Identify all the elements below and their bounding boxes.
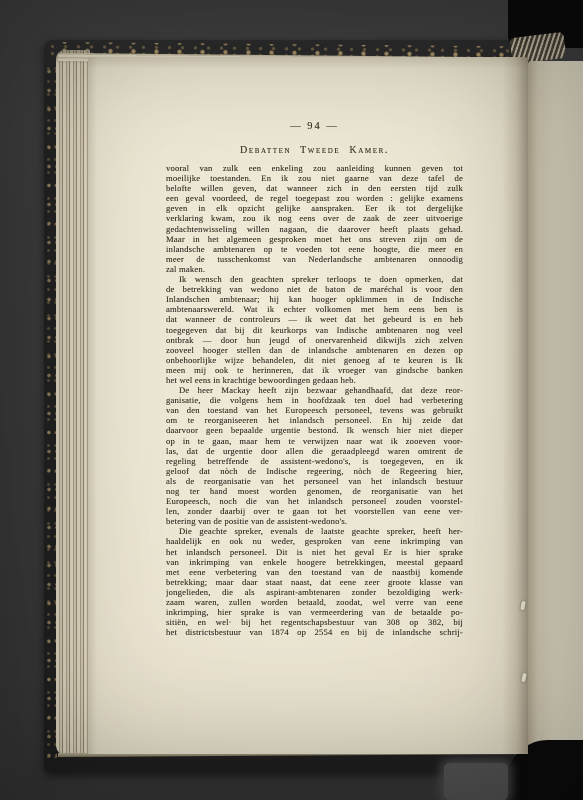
text-line: een geval voordeed, de regel toegepast z… [166, 193, 463, 203]
text-line: geloof dat nòch de Indische regeering, n… [166, 466, 463, 476]
text-line: nog ter hand moest worden genomen, de re… [166, 486, 463, 496]
text-line: ontbrak — door hun jeugd of onervarenhei… [166, 335, 463, 345]
text-line: de betrekking van wedono niet de baton d… [166, 284, 463, 294]
running-header: Debatten Tweede Kamer. [166, 145, 463, 156]
text-line: gedachtenwisseling willen nagaan, die da… [166, 224, 463, 234]
text-line: van den toestand van het Europeesch pers… [166, 405, 463, 415]
cover-bottom-highlight [444, 763, 508, 800]
text-line: het wel eens in krachtige bewoordingen g… [166, 375, 463, 385]
text-line: op in te gaan, maar hem te verwijzen naa… [166, 436, 463, 446]
paragraph: Ik wensch den geachten spreker terloops … [166, 274, 463, 385]
text-line: meen mij ook te herinneren, dat ik vroeg… [166, 365, 463, 375]
text-line: moeilijke toestanden. En ik zou niet gaa… [166, 173, 463, 183]
body-text: vooral van zulk een enkeling zou aanleid… [166, 163, 463, 637]
text-line: inkrimping, hier sprake is van vermeerde… [166, 607, 463, 617]
text-line: sitiën, en wel· bij het regentschapsbest… [166, 617, 463, 627]
book-page: — 94 — Debatten Tweede Kamer. vooral van… [88, 57, 528, 754]
text-line: meer de tusschenkomst van Nederlandsche … [166, 254, 463, 264]
page-stack-fore-edge [56, 50, 90, 756]
text-line: dat wanneer de controleurs — ik weet dat… [166, 314, 463, 324]
facing-page [528, 61, 583, 748]
text-line: het inlandsch personeel. Dit is niet het… [166, 547, 463, 557]
text-line: zal maken. [166, 264, 463, 274]
page-content: — 94 — Debatten Tweede Kamer. vooral van… [166, 121, 463, 637]
text-line: jongelieden, die als aspirant-ambtenaren… [166, 587, 463, 597]
text-line: belofte willen geven, dat wanneer zich i… [166, 183, 463, 193]
text-line: het districtsbestuur van 1874 op 2554 en… [166, 627, 463, 637]
text-line: haaldelijk en ook nu weder, gesproken va… [166, 536, 463, 546]
text-line: zaam waren, zullen worden betaald, zooda… [166, 597, 463, 607]
text-line: len, zonder daarbij over te gaan tot het… [166, 506, 463, 516]
text-line: Maar in het algemeen gesproken moet het … [166, 234, 463, 244]
text-line: ambtenaarswereld. Wat ik echter volkomen… [166, 304, 463, 314]
text-line: verklaring kwam, zou ik nog eens over de… [166, 213, 463, 223]
text-line: van inkrimping van enkele hoogere betrek… [166, 557, 463, 567]
text-line: Die geachte spreker, evenals de laatste … [166, 526, 463, 536]
text-line: geven in elk opzicht gelijke aanspraken.… [166, 203, 463, 213]
page-number: — 94 — [166, 121, 463, 132]
text-line: zooveel hooger stellen dan de inlandsche… [166, 345, 463, 355]
text-line: las, dat de urgentie door allen die gera… [166, 446, 463, 456]
text-line: regeling betreffende de assistent-wedono… [166, 456, 463, 466]
text-line: ganisatie, die volgens hem in hoofdzaak … [166, 395, 463, 405]
text-line: om te reorganiseeren het inlandsch perso… [166, 415, 463, 425]
paragraph: De heer Mackay heeft zijn bezwaar gehand… [166, 385, 463, 526]
text-line: betrekking; maar daar staat naast, dat e… [166, 577, 463, 587]
text-line: vooral van zulk een enkeling zou aanleid… [166, 163, 463, 173]
paragraph: vooral van zulk een enkeling zou aanleid… [166, 163, 463, 274]
scanned-book-photo: — 94 — Debatten Tweede Kamer. vooral van… [0, 0, 583, 800]
text-line: Europeesch, noch die van het inlandsch p… [166, 496, 463, 506]
text-line: daarvoor geen bepaalde urgentie bestond.… [166, 425, 463, 435]
text-line: De heer Mackay heeft zijn bezwaar gehand… [166, 385, 463, 395]
text-line: met eene verbetering van den toestand va… [166, 567, 463, 577]
text-line: betering van de positie van de assistent… [166, 516, 463, 526]
text-line: toegegeven dat bij dit keurkorps van Ind… [166, 325, 463, 335]
text-line: Ik wensch den geachten spreker terloops … [166, 274, 463, 284]
text-line: Inlandschen ambtenaar; hij kan hooger op… [166, 294, 463, 304]
text-line: inlandsche ambtenaren op te voeden tot e… [166, 244, 463, 254]
paragraph: Die geachte spreker, evenals de laatste … [166, 526, 463, 637]
text-line: als de reorganisatie van het personeel v… [166, 476, 463, 486]
text-line: onbehoorlijke wijze behandelen, dit niet… [166, 355, 463, 365]
gutter-shadow [502, 57, 528, 754]
